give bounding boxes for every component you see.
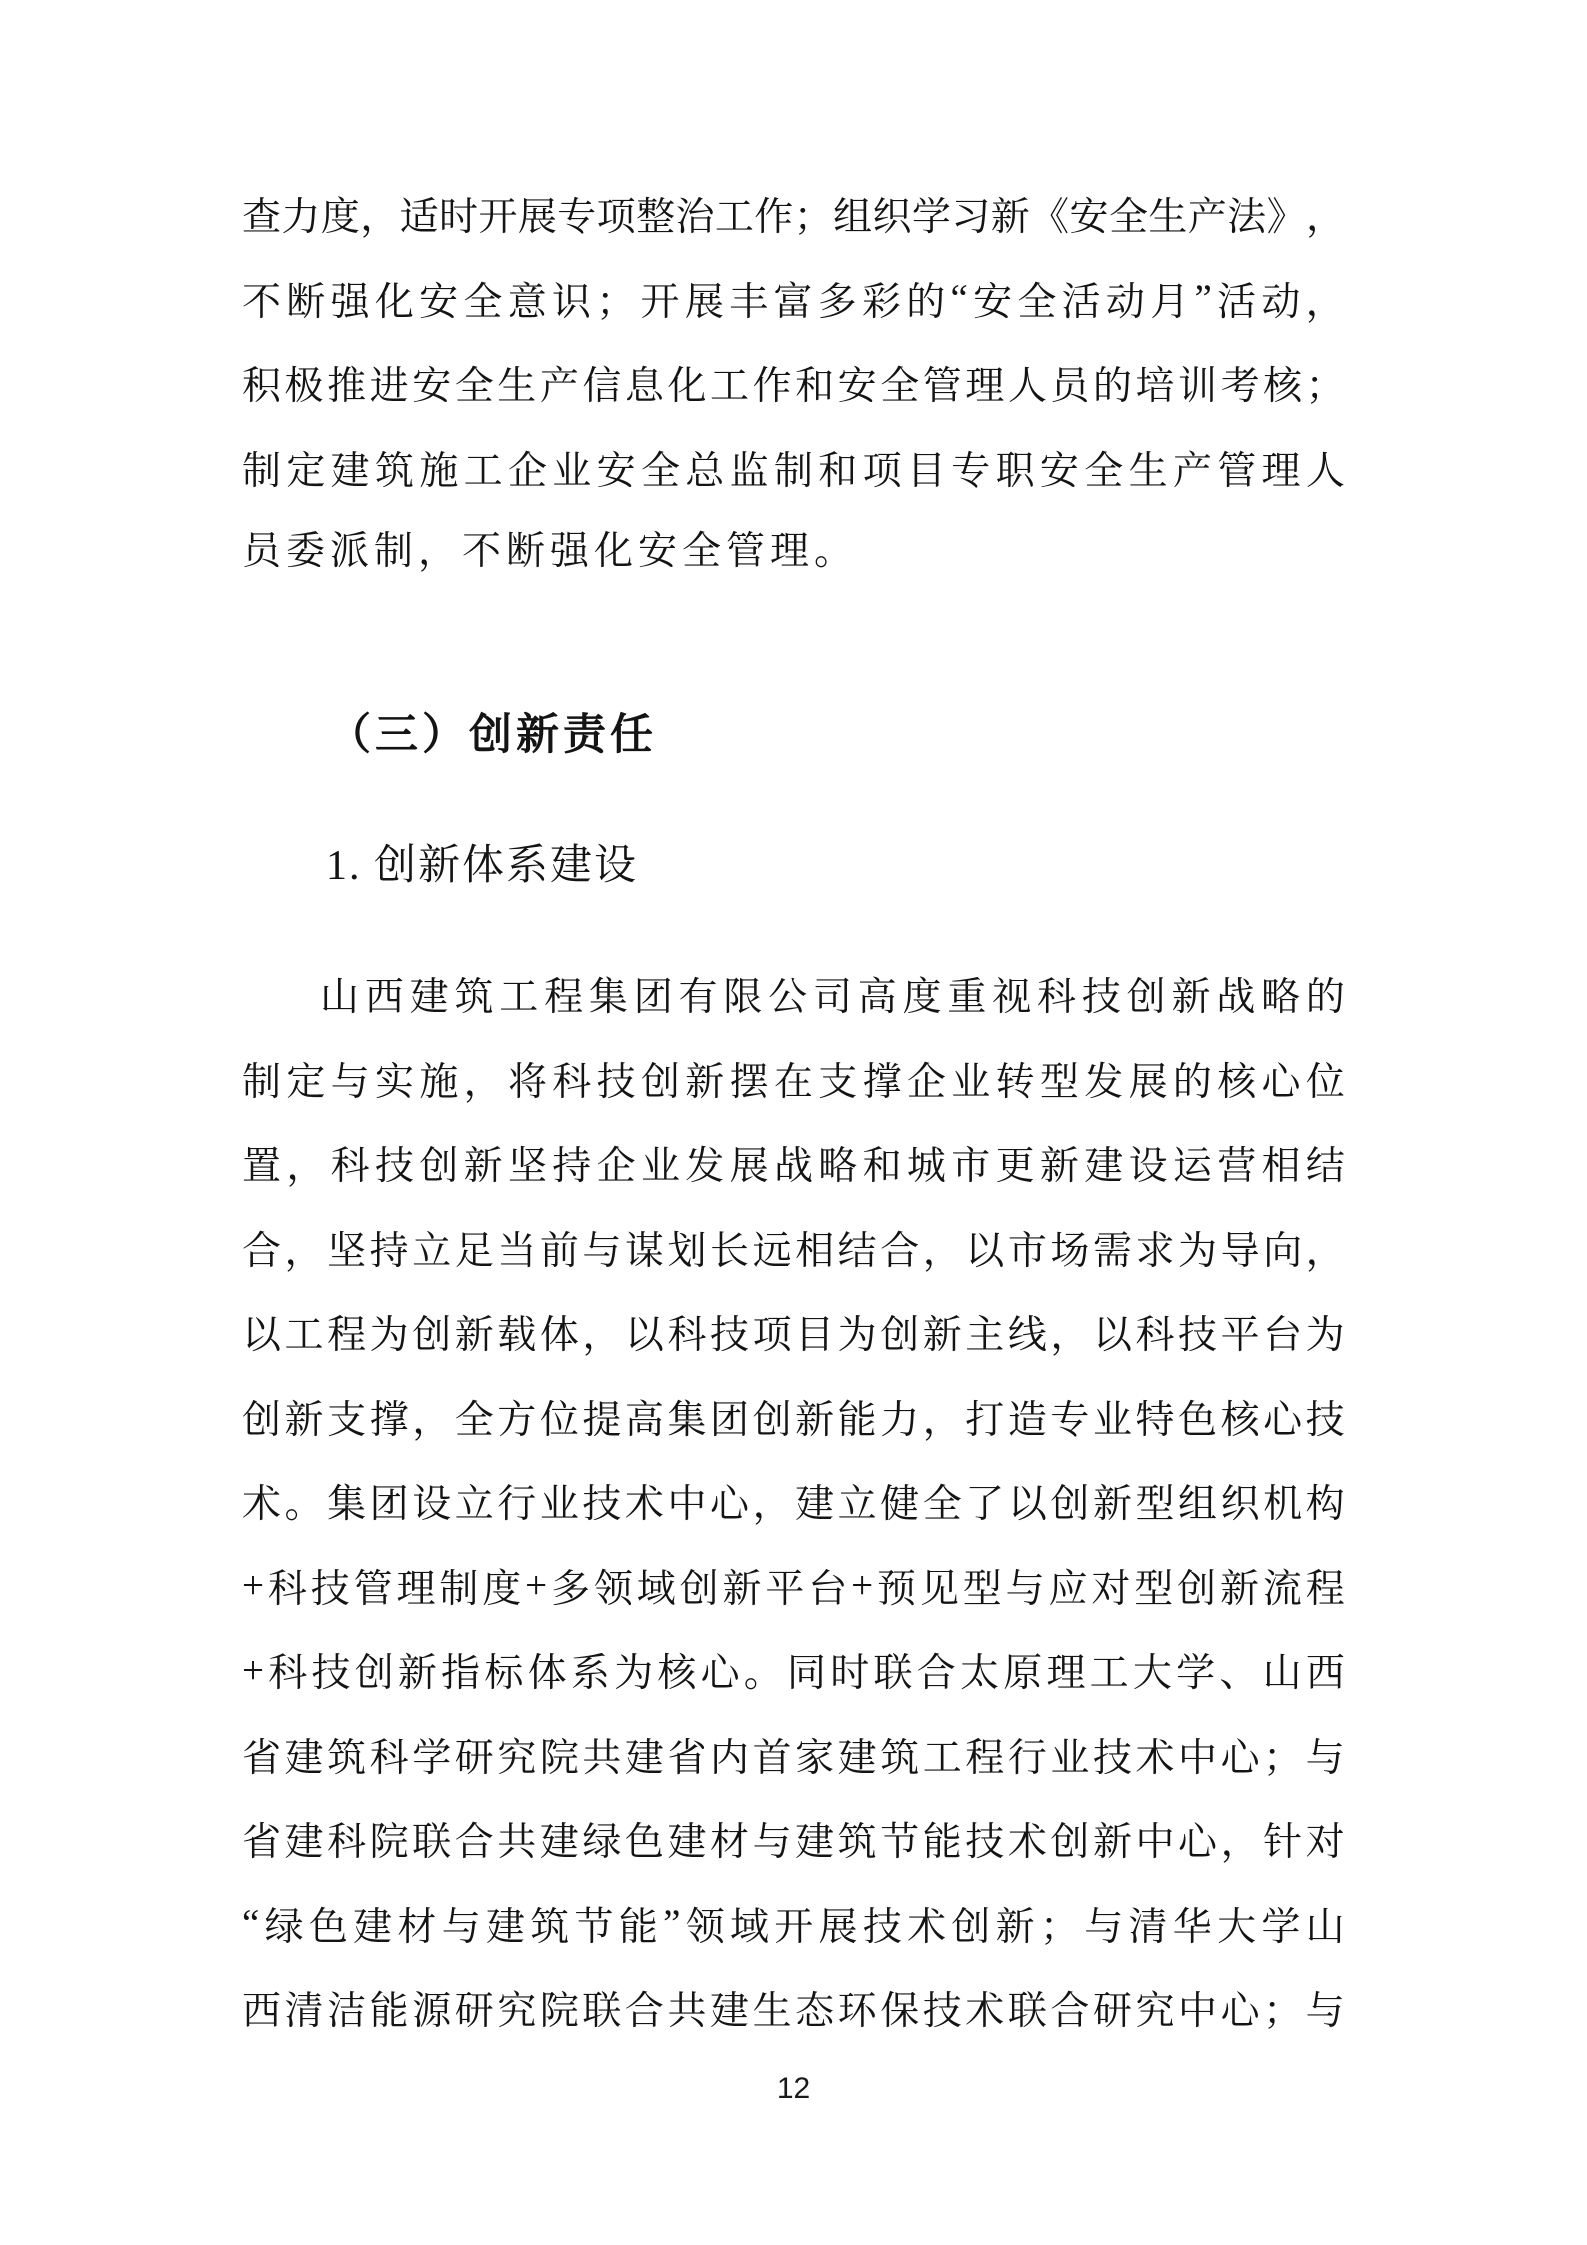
- body-line: 合，坚持立足当前与谋划长远相结合，以市场需求为导向，: [242, 1206, 1345, 1291]
- body-line: 创新支撑，全方位提高集团创新能力，打造专业特色核心技: [242, 1375, 1345, 1460]
- body-line: 制定建筑施工企业安全总监制和项目专职安全生产管理人: [242, 426, 1345, 511]
- body-line: 积极推进安全生产信息化工作和安全管理人员的培训考核；: [242, 341, 1345, 426]
- page-number: 12: [0, 2072, 1587, 2106]
- body-line: 制定与实施，将科技创新摆在支撑企业转型发展的核心位: [242, 1037, 1345, 1122]
- body-line: “绿色建材与建筑节能”领域开展技术创新；与清华大学山: [242, 1882, 1345, 1967]
- body-paragraph: 山西建筑工程集团有限公司高度重视科技创新战略的 制定与实施，将科技创新摆在支撑企…: [242, 952, 1345, 2051]
- body-line: +科技创新指标体系为核心。同时联合太原理工大学、山西: [242, 1628, 1345, 1713]
- section-heading: （三）创新责任: [242, 694, 1345, 779]
- body-line: 省建筑科学研究院共建省内首家建筑工程行业技术中心；与: [242, 1713, 1345, 1798]
- body-line: 山西建筑工程集团有限公司高度重视科技创新战略的: [242, 952, 1345, 1037]
- body-line: 术。集团设立行业技术中心，建立健全了以创新型组织机构: [242, 1459, 1345, 1544]
- body-line: 以工程为创新载体，以科技项目为创新主线，以科技平台为: [242, 1290, 1345, 1375]
- body-line: 不断强化安全意识；开展丰富多彩的“安全活动月”活动，: [242, 257, 1345, 342]
- subsection-heading: 1. 创新体系建设: [242, 824, 1345, 909]
- body-line: 省建科院联合共建绿色建材与建筑节能技术创新中心，针对: [242, 1797, 1345, 1882]
- body-line: 西清洁能源研究院联合共建生态环保技术联合研究中心；与: [242, 1966, 1345, 2051]
- document-page: 查力度，适时开展专项整治工作；组织学习新《安全生产法》， 不断强化安全意识；开展…: [0, 0, 1587, 2245]
- continuation-paragraph: 查力度，适时开展专项整治工作；组织学习新《安全生产法》， 不断强化安全意识；开展…: [242, 172, 1345, 595]
- body-line: 查力度，适时开展专项整治工作；组织学习新《安全生产法》，: [242, 172, 1345, 257]
- body-line: 员委派制，不断强化安全管理。: [242, 510, 1345, 595]
- body-line: 置，科技创新坚持企业发展战略和城市更新建设运营相结: [242, 1121, 1345, 1206]
- body-line: +科技管理制度+多领域创新平台+预见型与应对型创新流程: [242, 1544, 1345, 1629]
